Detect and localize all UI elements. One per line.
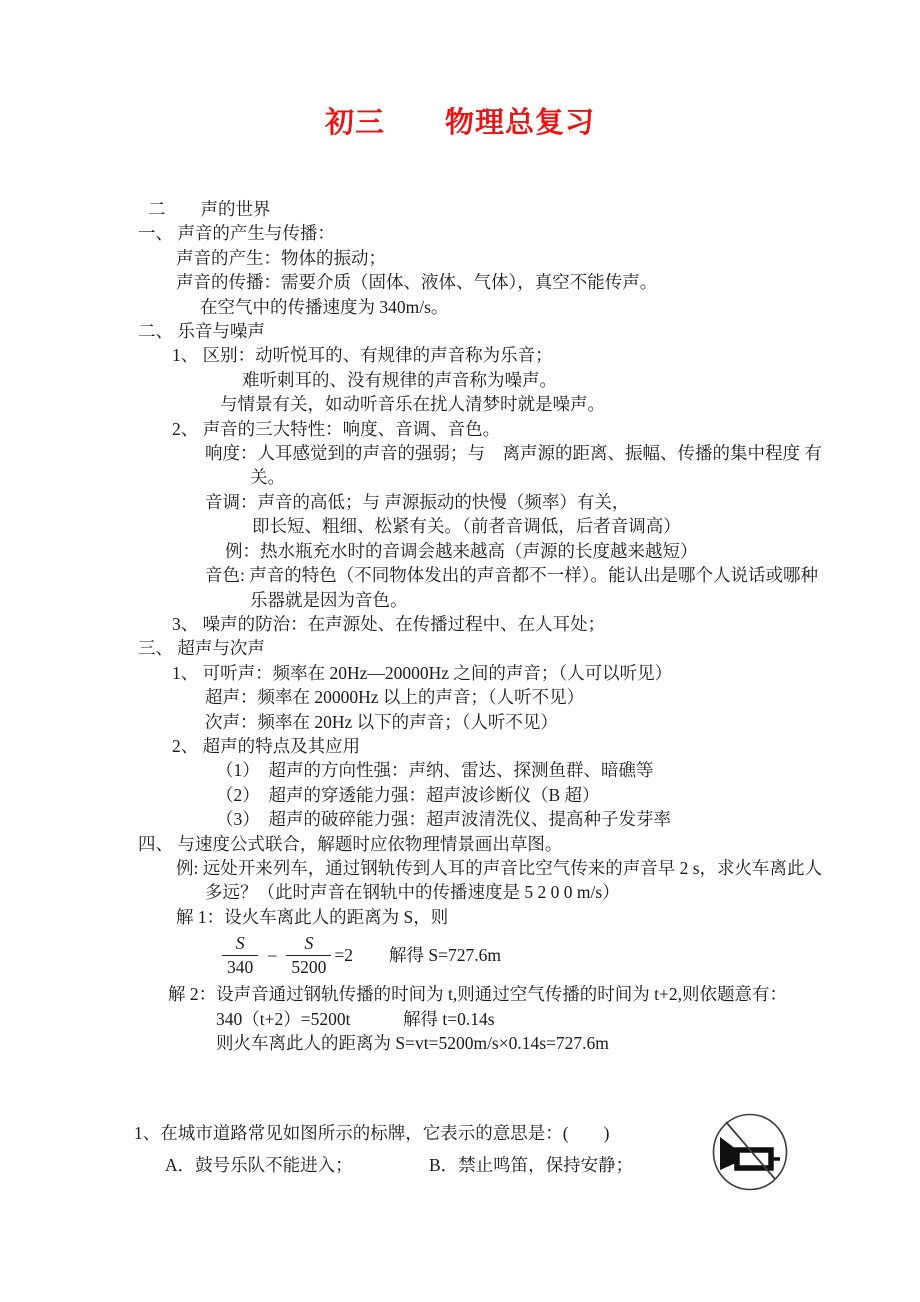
fraction-1-denominator: 340 bbox=[222, 955, 258, 977]
solution-2-line: 则火车离此人的距离为 S=vt=5200m/s×0.14s=727.6m bbox=[0, 1031, 920, 1055]
doc-line: 声音的产生：物体的振动； bbox=[0, 246, 920, 270]
doc-line: 次声：频率在 20Hz 以下的声音；（人听不见） bbox=[0, 710, 920, 734]
doc-line: 即长短、粗细、松紧有关。（前者音调低，后者音调高） bbox=[0, 514, 920, 538]
doc-line: 3、 噪声的防治：在声源处、在传播过程中、在人耳处； bbox=[0, 612, 920, 636]
doc-line: 二、 乐音与噪声 bbox=[0, 319, 920, 343]
doc-line: （3） 超声的破碎能力强：超声波清洗仪、提高种子发芽率 bbox=[0, 807, 920, 831]
fraction-2: S 5200 bbox=[286, 934, 331, 977]
doc-line: 2、 声音的三大特性：响度、音调、音色。 bbox=[0, 417, 920, 441]
doc-line: 难听刺耳的、没有规律的声音称为噪声。 bbox=[0, 368, 920, 392]
document-page: 初三 物理总复习 二 声的世界 一、 声音的产生与传播： 声音的产生：物体的振动… bbox=[0, 0, 920, 1302]
doc-line: 2、 超声的特点及其应用 bbox=[0, 734, 920, 758]
doc-line: 1、 区别：动听悦耳的、有规律的声音称为乐音； bbox=[0, 343, 920, 367]
section-heading-ultrasound: 三、 超声与次声 bbox=[0, 636, 920, 660]
doc-line: 1、 可听声：频率在 20Hz—20000Hz 之间的声音；（人可以听见） bbox=[0, 661, 920, 685]
doc-line: 在空气中的传播速度为 340m/s。 bbox=[0, 295, 920, 319]
formula-block: S 340 − S 5200 =2 解得 S=727.6m bbox=[0, 929, 920, 982]
doc-line: 乐器就是因为音色。 bbox=[0, 588, 920, 612]
doc-line: 音色: 声音的特色（不同物体发出的声音都不一样）。能认出是哪个人说话或哪种 bbox=[0, 563, 920, 587]
horn-bell bbox=[720, 1137, 736, 1170]
option-a: A．鼓号乐队不能进入； bbox=[165, 1153, 429, 1177]
doc-line: 声音的传播：需要介质（固体、液体、气体），真空不能传声。 bbox=[0, 270, 920, 294]
equals-value: =2 bbox=[334, 947, 353, 965]
fraction-1-numerator: S bbox=[234, 934, 247, 955]
doc-line: 与情景有关，如动听音乐在扰人清梦时就是噪声。 bbox=[0, 392, 920, 416]
example-problem-line: 多远？（此时声音在钢轨中的传播速度是 5 2 0 0 m/s） bbox=[0, 880, 920, 904]
solution-2-line: 340（t+2）=5200t 解得 t=0.14s bbox=[0, 1007, 920, 1031]
doc-line: 例：热水瓶充水时的音调会越来越高（声源的长度越来越短） bbox=[0, 539, 920, 563]
doc-line: （2） 超声的穿透能力强：超声波诊断仪（B 超） bbox=[0, 783, 920, 807]
solution-2-line: 解 2：设声音通过钢轨传播的时间为 t,则通过空气传播的时间为 t+2,则依题意… bbox=[0, 982, 920, 1006]
doc-line: 一、 声音的产生与传播： bbox=[0, 221, 920, 245]
doc-line: 关。 bbox=[0, 465, 920, 489]
minus-operator: − bbox=[267, 947, 277, 965]
section-heading-sound-world: 二 声的世界 bbox=[0, 197, 920, 221]
page-title: 初三 物理总复习 bbox=[0, 0, 920, 140]
doc-line: 响度：人耳感觉到的声音的强弱；与 离声源的距离、振幅、传播的集中程度 有 bbox=[0, 441, 920, 465]
formula-result: 解得 S=727.6m bbox=[389, 947, 501, 965]
option-b: B．禁止鸣笛，保持安静； bbox=[429, 1153, 633, 1177]
document-body: 二 声的世界 一、 声音的产生与传播： 声音的产生：物体的振动； 声音的传播：需… bbox=[0, 197, 920, 1055]
solution-1-line: 解 1：设火车离此人的距离为 S，则 bbox=[0, 905, 920, 929]
doc-line: 超声：频率在 20000Hz 以上的声音；（人听不见） bbox=[0, 685, 920, 709]
no-horn-sign-icon bbox=[711, 1112, 789, 1192]
doc-line: 四、 与速度公式联合，解题时应依物理情景画出草图。 bbox=[0, 832, 920, 856]
doc-line: 音调：声音的高低；与 声源振动的快慢（频率）有关， bbox=[0, 490, 920, 514]
horn-body bbox=[737, 1150, 771, 1168]
fraction-2-denominator: 5200 bbox=[286, 955, 331, 977]
fraction-2-numerator: S bbox=[302, 934, 315, 955]
fraction-1: S 340 bbox=[222, 934, 258, 977]
example-problem-line: 例: 远处开来列车，通过钢轨传到人耳的声音比空气传来的声音早 2 s，求火车离此… bbox=[0, 856, 920, 880]
doc-line: （1） 超声的方向性强：声纳、雷达、探测鱼群、暗礁等 bbox=[0, 758, 920, 782]
